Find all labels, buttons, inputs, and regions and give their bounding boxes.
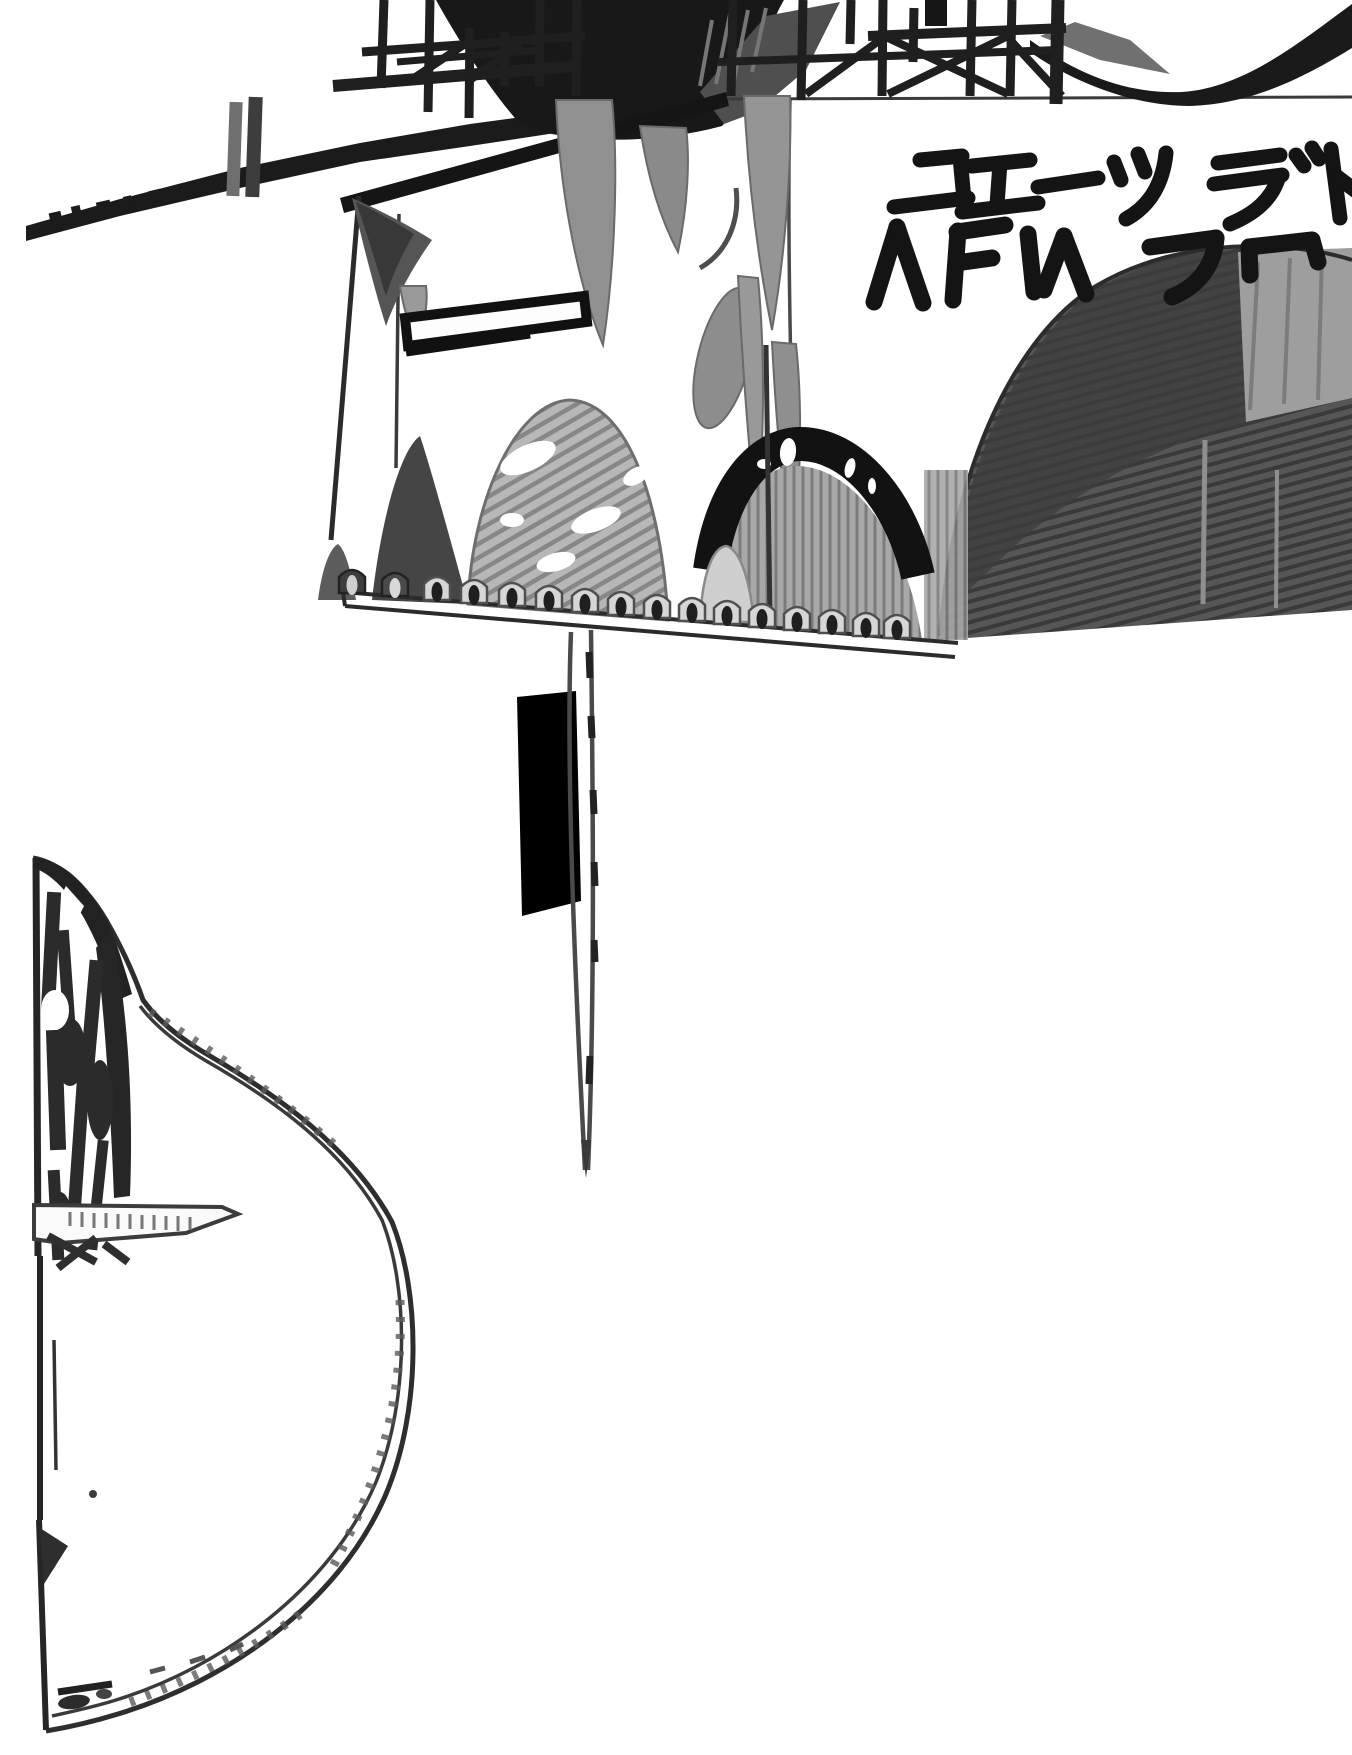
arch	[784, 607, 810, 632]
arch	[536, 586, 562, 611]
arch	[679, 598, 705, 623]
arch	[499, 583, 525, 608]
arch	[461, 580, 487, 605]
wall-top-line	[728, 97, 1352, 99]
dome-light-streak2	[1276, 470, 1277, 608]
arch	[819, 610, 845, 635]
arch	[382, 573, 408, 598]
sketch-canvas: ユエーツ ラド ΛEИ フロ	[0, 0, 1352, 1755]
arch	[853, 613, 879, 638]
arch	[884, 615, 910, 640]
dome-light-streak1	[1203, 440, 1205, 604]
arch	[644, 595, 670, 620]
arch	[749, 604, 775, 629]
arch	[424, 577, 450, 602]
vertical-hatch-band	[924, 470, 968, 640]
glyph-long-dash	[1038, 178, 1098, 187]
arch	[608, 592, 634, 617]
arch	[572, 589, 598, 614]
stripe-white-gap	[41, 990, 69, 1030]
stray-dot	[89, 1490, 97, 1498]
arch	[339, 570, 365, 595]
arch	[714, 601, 740, 626]
